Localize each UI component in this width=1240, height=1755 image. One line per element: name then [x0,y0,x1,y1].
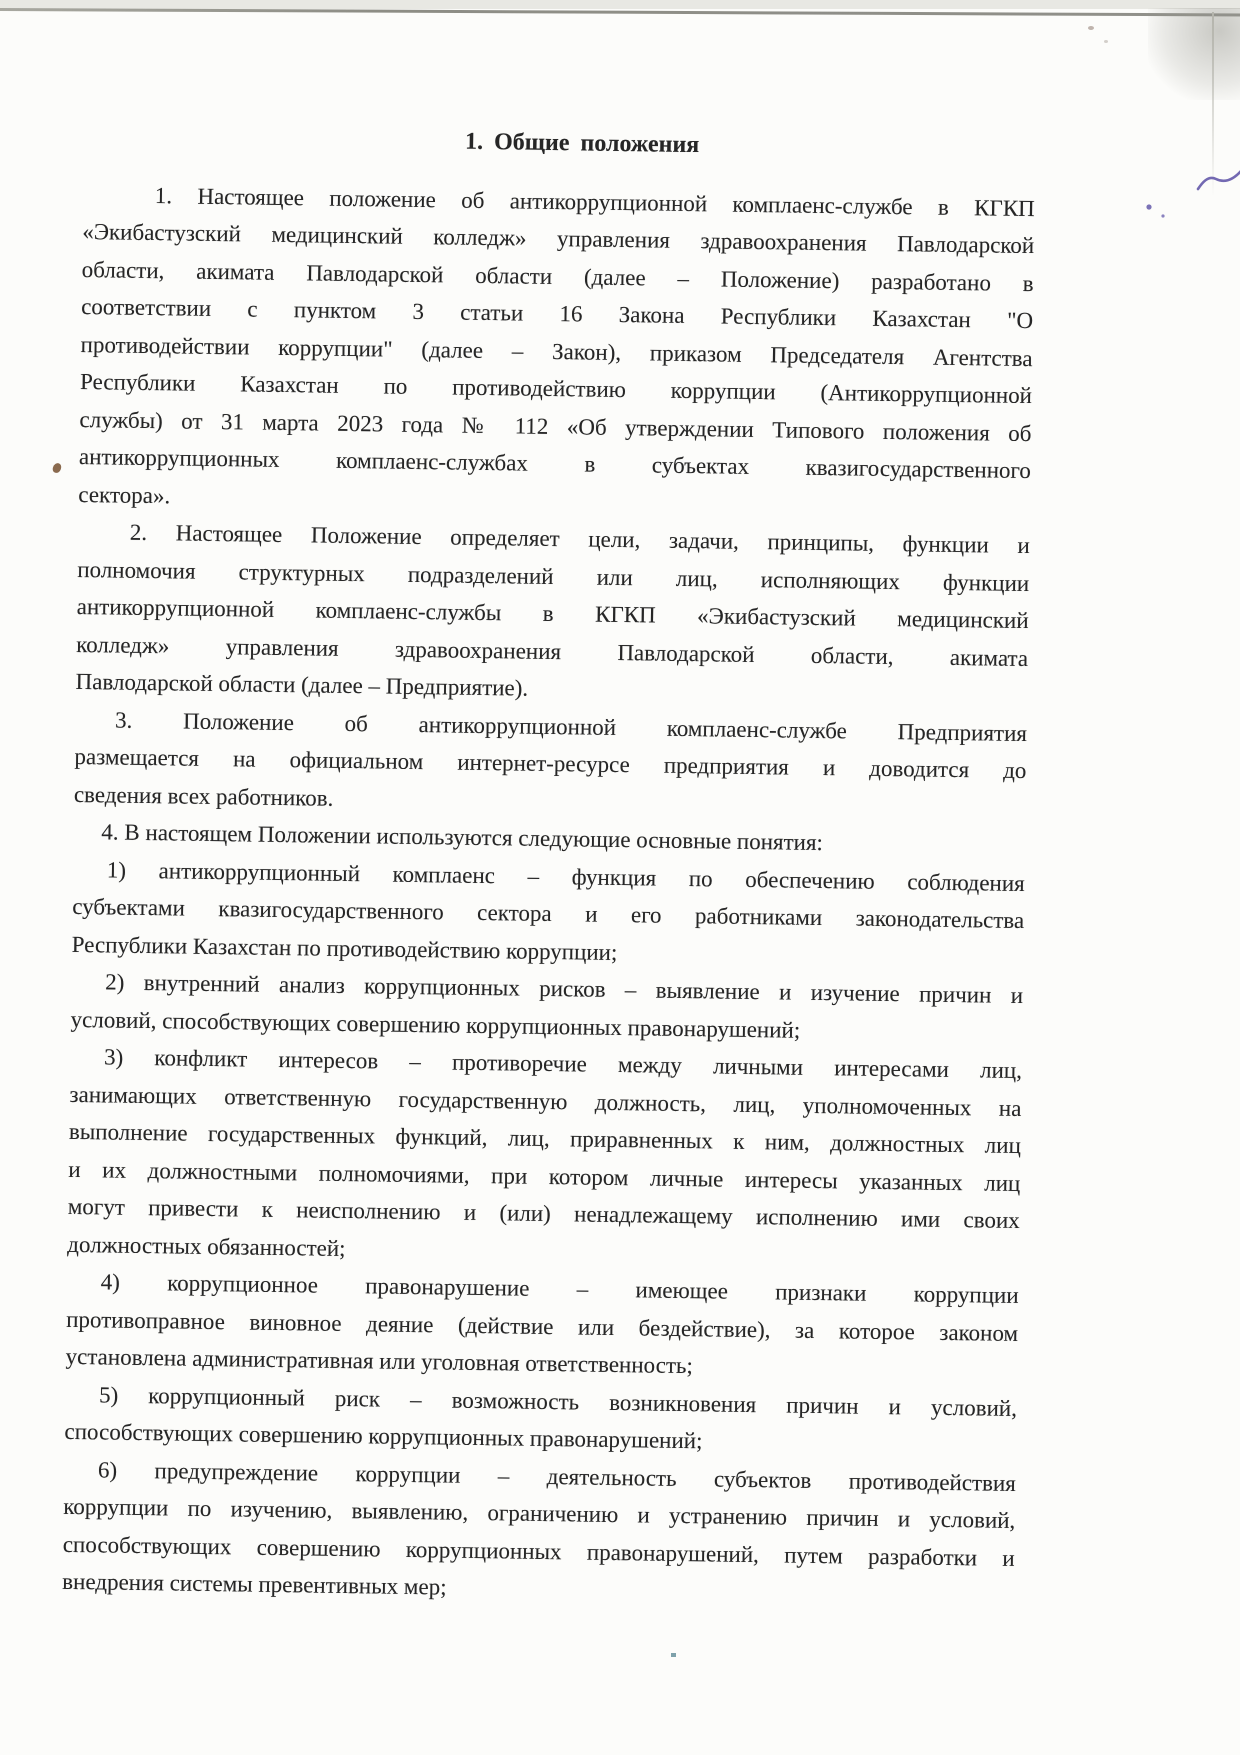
pen-mark [1136,163,1240,225]
paragraph: 3. Положение об антикоррупционной компла… [74,700,1028,827]
paper-speck [52,462,63,474]
paragraph: 2) внутренний анализ коррупционных риско… [70,963,1023,1052]
document-page: 1. Общие положения 1. Настоящее положени… [0,0,1240,1755]
document-body: 1. Настоящее положение об антикоррупцион… [62,175,1035,1614]
scanner-top-strip [0,0,1240,9]
paragraph: 1. Настоящее положение об антикоррупцион… [78,175,1035,527]
paragraph: 2. Настоящее Положение определяет цели, … [75,513,1030,715]
paper-speck [1088,26,1094,30]
scanner-edge-line [0,8,1240,16]
section-heading: 1. Общие положения [83,118,1035,170]
paragraph: 3) конфликт интересов – противоречие меж… [67,1038,1022,1277]
paragraph: 4) коррупционное правонарушение – имеюще… [65,1263,1019,1390]
paragraph: 5) коррупционный риск – возможность возн… [64,1375,1017,1464]
document-content: 1. Общие положения 1. Настоящее положени… [62,118,1036,1614]
scan-smudge [1148,8,1240,100]
paper-speck [671,1653,676,1657]
paper-speck [1104,40,1108,43]
paragraph: 6) предупреждение коррупции – деятельнос… [62,1450,1016,1614]
paragraph: 1) антикоррупционный комплаенс – функция… [71,850,1025,977]
